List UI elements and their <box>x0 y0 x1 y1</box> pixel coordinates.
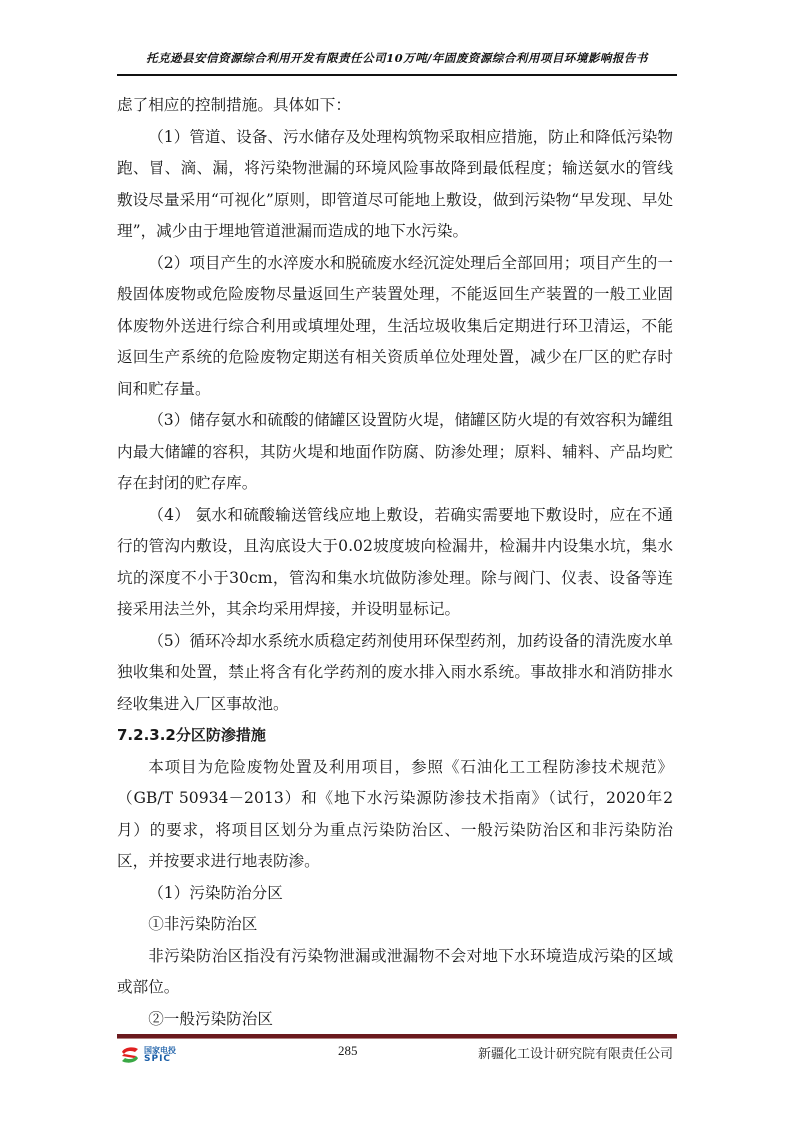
paragraph-item-1: （1）管道、设备、污水储存及处理构筑物采取相应措施，防止和降低污染物跑、冒、滴、… <box>117 122 673 248</box>
subheading-general-pollution-zone: ②一般污染防治区 <box>117 1004 673 1036</box>
paragraph-item-5: （5）循环冷却水系统水质稳定药剂使用环保型药剂，加药设备的清洗废水单独收集和处置… <box>117 626 673 721</box>
header-rule <box>117 74 677 76</box>
footer-rule <box>117 1034 677 1039</box>
section-paragraph-1: 本项目为危险废物处置及利用项目，参照《石油化工工程防渗技术规范》（GB/T 50… <box>117 752 673 878</box>
spic-logo: 国家电投 SPIC <box>120 1044 190 1066</box>
paragraph-item-3: （3）储存氨水和硫酸的储罐区设置防火堤，储罐区防火堤的有效容积为罐组内最大储罐的… <box>117 405 673 500</box>
spic-logo-icon <box>120 1046 140 1064</box>
section-heading: 7.2.3.2分区防渗措施 <box>117 720 673 752</box>
paragraph-item-4: （4） 氨水和硫酸输送管线应地上敷设，若确实需要地下敷设时，应在不通行的管沟内敷… <box>117 500 673 626</box>
page-number: 285 <box>338 1043 358 1059</box>
page-header: 托克逊县安信资源综合利用开发有限责任公司10万吨/年固废资源综合利用项目环境影响… <box>117 50 677 66</box>
footer-company: 新疆化工设计研究院有限责任公司 <box>478 1043 673 1062</box>
report-title: 托克逊县安信资源综合利用开发有限责任公司10万吨/年固废资源综合利用项目环境影响… <box>117 50 677 66</box>
paragraph-intro: 虑了相应的控制措施。具体如下： <box>117 90 673 122</box>
paragraph-item-2: （2）项目产生的水淬废水和脱硫废水经沉淀处理后全部回用；项目产生的一般固体废物或… <box>117 248 673 406</box>
document-body: 虑了相应的控制措施。具体如下： （1）管道、设备、污水储存及处理构筑物采取相应措… <box>117 90 673 1035</box>
section-paragraph-non-pollution: 非污染防治区指没有污染物泄漏或泄漏物不会对地下水环境造成污染的区域或部位。 <box>117 941 673 1004</box>
subheading-non-pollution-zone: ①非污染防治区 <box>117 909 673 941</box>
subheading-pollution-zones: （1）污染防治分区 <box>117 878 673 910</box>
logo-en-text: SPIC <box>144 1055 176 1064</box>
